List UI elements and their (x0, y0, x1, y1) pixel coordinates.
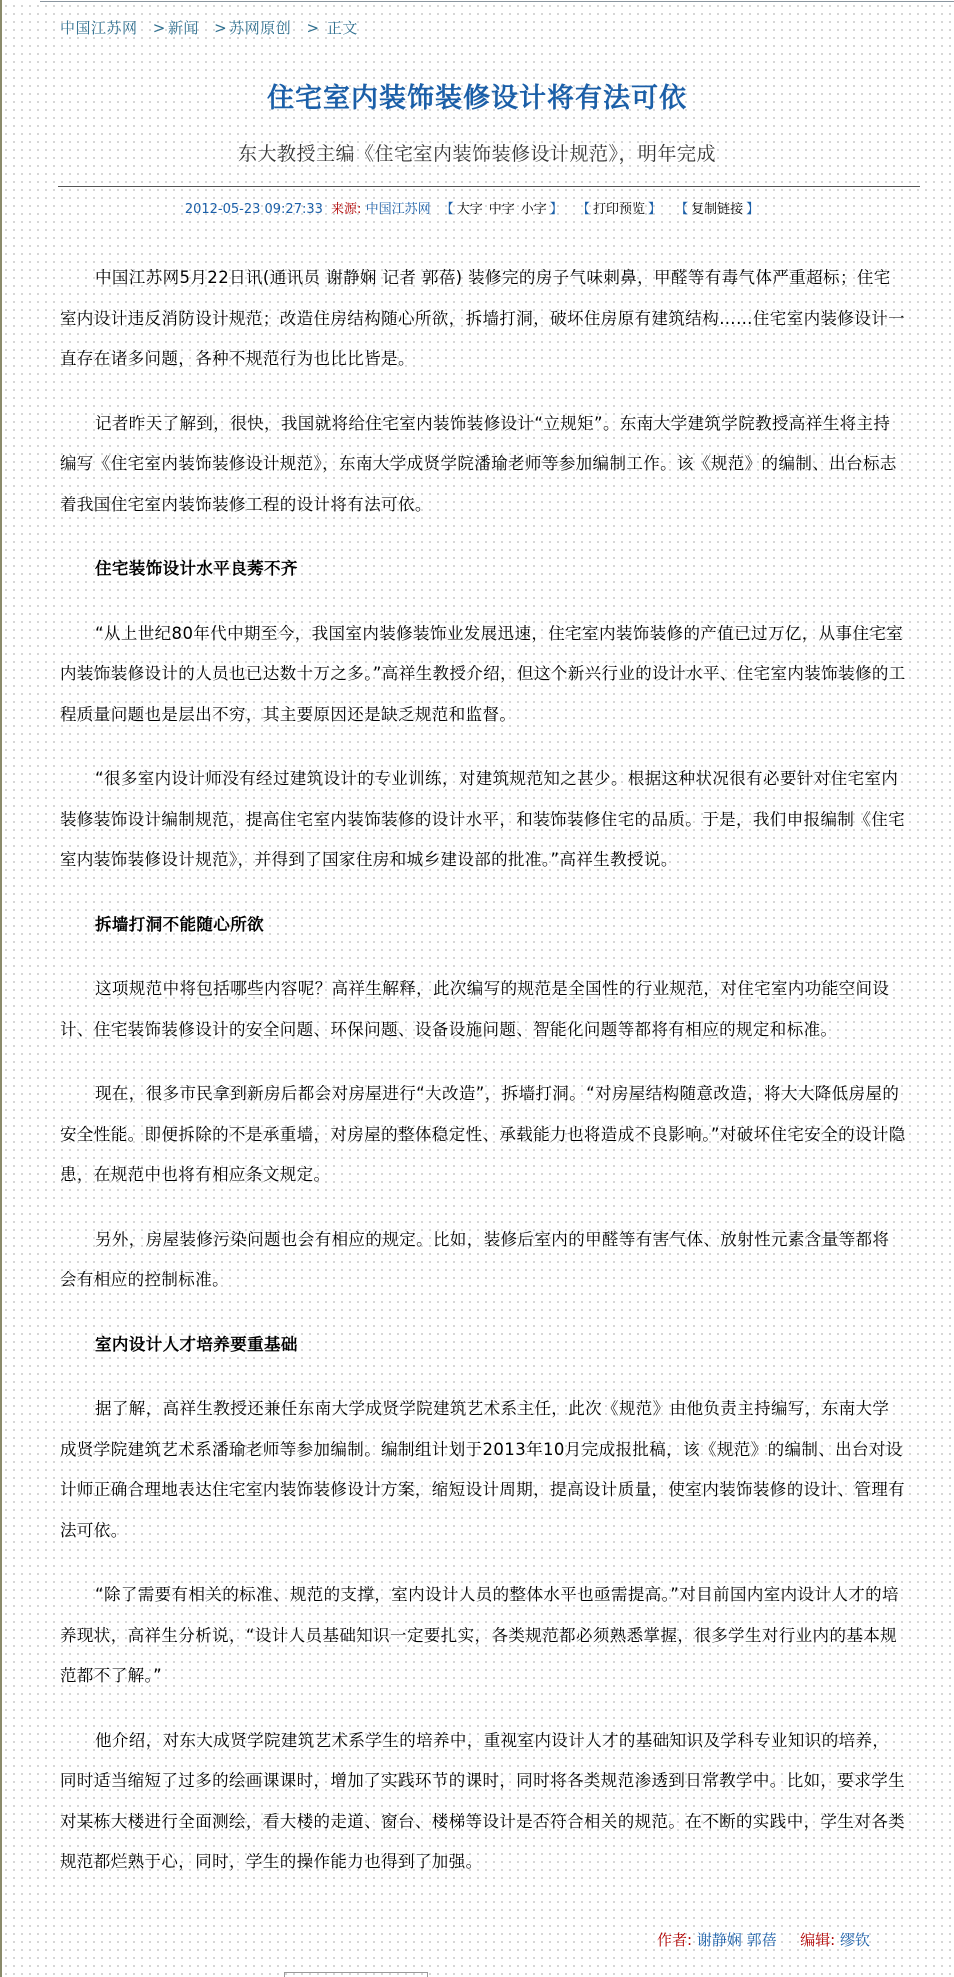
paragraph: 记者昨天了解到，很快，我国就将给住宅室内装饰装修设计“立规矩”。东南大学建筑学院… (60, 404, 906, 526)
title-divider (58, 186, 920, 187)
paragraph: 现在，很多市民拿到新房后都会对房屋进行“大改造”，拆墙打洞。“对房屋结构随意改造… (60, 1074, 906, 1196)
paragraph: “很多室内设计师没有经过建筑设计的专业训练，对建筑规范知之甚少。根据这种状况很有… (60, 759, 906, 881)
font-size-controls: 【大字中字小字】 (441, 202, 563, 217)
author-label: 作者: (657, 1931, 692, 1949)
paragraph: 这项规范中将包括哪些内容呢？高祥生解释，此次编写的规范是全国性的行业规范，对住宅… (60, 969, 906, 1050)
breadcrumb-home-link[interactable]: 中国江苏网 (60, 17, 138, 38)
publish-datetime: 2012-05-23 09:27:33 (185, 202, 323, 217)
article-body: 中国江苏网5月22日讯(通讯员 谢静娴 记者 郭蓓) 装修完的房子气味刺鼻，甲醛… (60, 258, 906, 1907)
breadcrumb-original-link[interactable]: 苏网原创 (229, 17, 291, 38)
print-preview-control: 【打印预览】 (577, 202, 661, 217)
source-label: 来源: (331, 202, 361, 217)
editor-label: 编辑: (800, 1931, 835, 1949)
copy-link-control: 【复制链接】 (675, 202, 759, 217)
paragraph: 据了解，高祥生教授还兼任东南大学成贤学院建筑艺术系主任，此次《规范》由他负责主持… (60, 1389, 906, 1551)
copy-link-button[interactable]: 复制链接 (691, 202, 743, 217)
top-divider (40, 1, 954, 2)
article-subtitle: 东大教授主编《住宅室内装饰装修设计规范》，明年完成 (0, 139, 954, 166)
article-meta: 2012-05-23 09:27:33 来源: 中国江苏网 【大字中字小字】 【… (0, 198, 954, 217)
editor-name: 缪钦 (840, 1931, 870, 1949)
breadcrumb-news-link[interactable]: 新闻 (168, 17, 199, 38)
author-names: 谢静娴 郭蓓 (697, 1931, 777, 1949)
section-heading: 住宅装饰设计水平良莠不齐 (60, 549, 906, 590)
article-title: 住宅室内装饰装修设计将有法可依 (0, 76, 954, 115)
section-heading: 室内设计人才培养要重基础 (60, 1325, 906, 1366)
bottom-panel-edge (284, 1972, 428, 1977)
print-preview-button[interactable]: 打印预览 (593, 202, 645, 217)
breadcrumb: 中国江苏网 >新闻 >苏网原创 > 正文 (60, 17, 358, 38)
paragraph: 他介绍，对东大成贤学院建筑艺术系学生的培养中，重视室内设计人才的基础知识及学科专… (60, 1721, 906, 1883)
breadcrumb-current: 正文 (327, 17, 358, 38)
paragraph: 另外，房屋装修污染问题也会有相应的规定。比如，装修后室内的甲醛等有害气体、放射性… (60, 1220, 906, 1301)
page-left-border (0, 0, 2, 1977)
paragraph: “从上世纪80年代中期至今，我国室内装修装饰业发展迅速，住宅室内装饰装修的产值已… (60, 614, 906, 736)
paragraph: 中国江苏网5月22日讯(通讯员 谢静娴 记者 郭蓓) 装修完的房子气味刺鼻，甲醛… (60, 258, 906, 380)
font-small-button[interactable]: 小字 (521, 202, 547, 217)
font-medium-button[interactable]: 中字 (489, 202, 515, 217)
chevron-right-icon: > (214, 19, 227, 37)
source-link[interactable]: 中国江苏网 (366, 202, 431, 217)
paragraph: “除了需要有相关的标准、规范的支撑，室内设计人员的整体水平也亟需提高。”对目前国… (60, 1575, 906, 1697)
chevron-right-icon: > (307, 19, 320, 37)
section-heading: 拆墙打洞不能随心所欲 (60, 905, 906, 946)
article-credits: 作者: 谢静娴 郭蓓 编辑: 缪钦 (657, 1929, 870, 1950)
font-large-button[interactable]: 大字 (457, 202, 483, 217)
chevron-right-icon: > (153, 19, 166, 37)
